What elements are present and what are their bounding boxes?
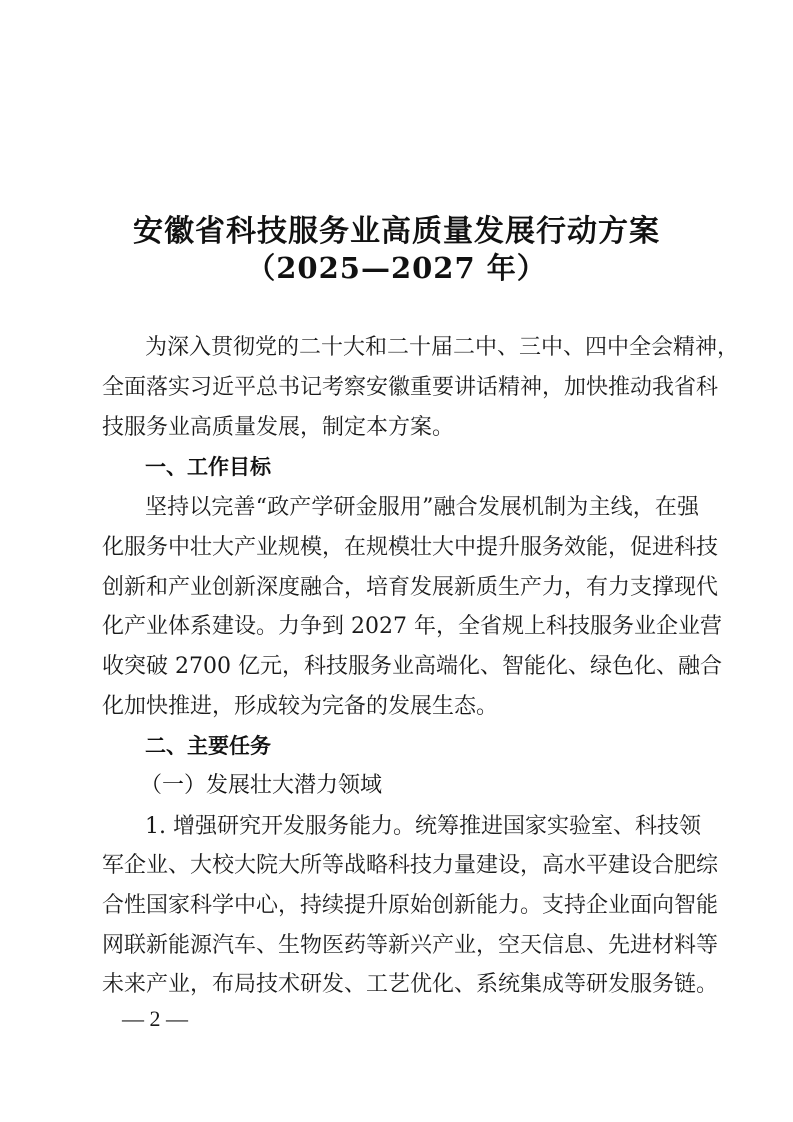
paragraph-line: 军企业、大校大院大所等战略科技力量建设，高水平建设合肥综	[102, 851, 699, 881]
paragraph-line: 网联新能源汽车、生物医药等新兴产业，空天信息、先进材料等	[102, 931, 699, 961]
paragraph-line: 创新和产业创新深度融合，培育发展新质生产力，有力支撑现代	[102, 573, 699, 603]
intro-line: 为深入贯彻党的二十大和二十届二中、三中、四中全会精神，	[145, 333, 699, 363]
intro-line: 技服务业高质量发展，制定本方案。	[102, 413, 699, 443]
document-page: 安徽省科技服务业高质量发展行动方案 （2025—2027 年） 为深入贯彻党的二…	[0, 0, 793, 1122]
paragraph-line: 未来产业，布局技术研发、工艺优化、系统集成等研发服务链。	[102, 970, 699, 1000]
subsection-heading: （一）发展壮大潜力领域	[140, 771, 382, 801]
section-heading-goals: 一、工作目标	[145, 452, 271, 482]
page-number: — 2 —	[122, 1006, 188, 1032]
paragraph-line: 合性国家科学中心，持续提升原始创新能力。支持企业面向智能	[102, 891, 699, 921]
document-subtitle-years: （2025—2027 年）	[0, 246, 793, 287]
paragraph-line: 化服务中壮大产业规模，在规模壮大中提升服务效能，促进科技	[102, 533, 699, 563]
paragraph-line: 化产业体系建设。力争到 2027 年，全省规上科技服务业企业营	[102, 612, 699, 642]
paragraph-line: 1. 增强研究开发服务能力。统筹推进国家实验室、科技领	[145, 812, 699, 842]
document-title: 安徽省科技服务业高质量发展行动方案	[0, 206, 793, 250]
paragraph-line: 坚持以完善“政产学研金服用”融合发展机制为主线，在强	[145, 493, 699, 523]
intro-line: 全面落实习近平总书记考察安徽重要讲话精神，加快推动我省科	[102, 373, 699, 403]
section-heading-tasks: 二、主要任务	[145, 731, 271, 761]
paragraph-line: 收突破 2700 亿元，科技服务业高端化、智能化、绿色化、融合	[102, 652, 699, 682]
paragraph-line: 化加快推进，形成较为完备的发展生态。	[102, 692, 699, 722]
